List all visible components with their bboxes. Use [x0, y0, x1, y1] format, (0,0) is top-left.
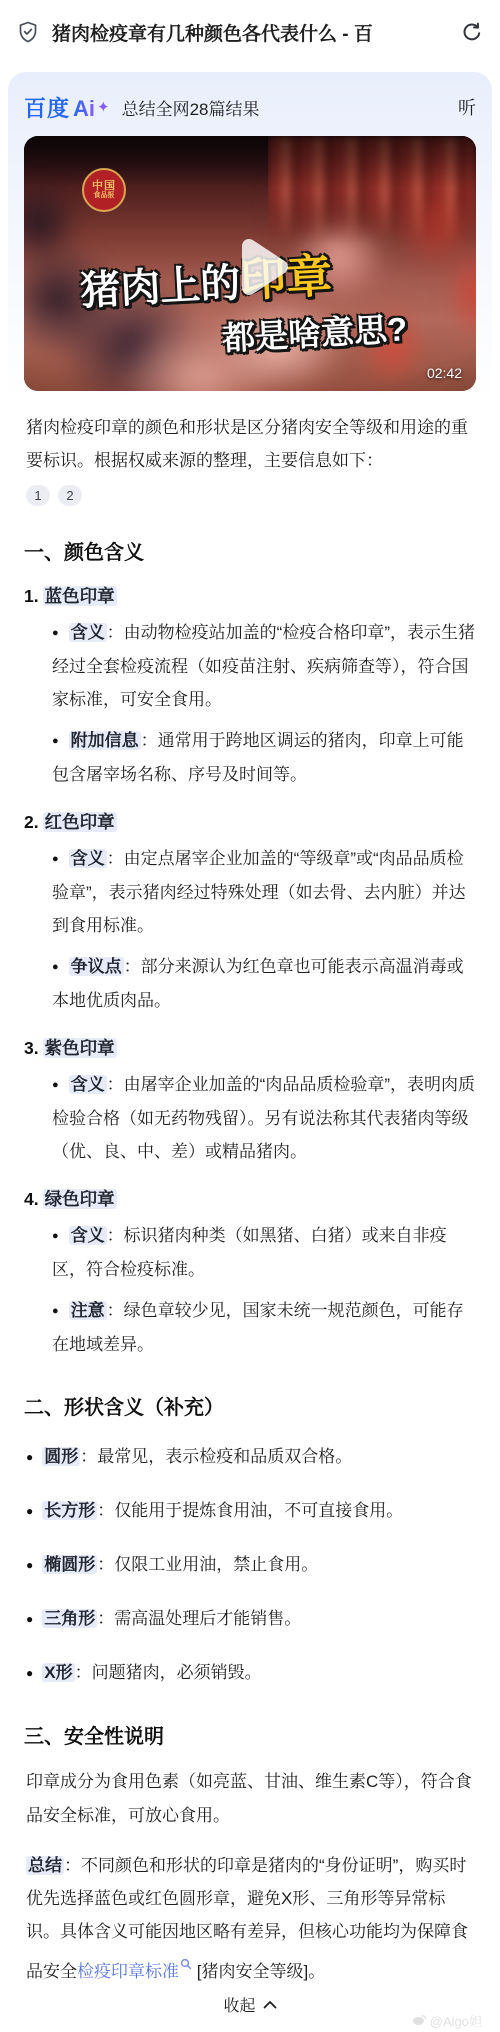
browser-header: 猪肉检疫章有几种颜色各代表什么 - 百 [0, 0, 500, 64]
section-heading-colors: 一、颜色含义 [24, 536, 476, 565]
summary-count-label: 总结全网28篇结果 [122, 95, 260, 120]
bullet-dot-icon: ● [52, 627, 59, 639]
search-icon [180, 1948, 192, 1981]
baidu-ai-logo: 百度Ai✦ [24, 92, 110, 123]
color-item-title-purple: 3.紫色印章 [24, 1035, 476, 1060]
bullet-shape-circle: ●圆形：最常见，表示检疫和品质双合格。 [24, 1440, 476, 1474]
summary-paragraph: 总结：不同颜色和形状的印章是猪肉的“身份证明”，购买时优先选择蓝色或红色圆形章，… [26, 1849, 474, 1988]
bullet-dot-icon: ● [26, 1450, 33, 1464]
bullet-dot-icon: ● [26, 1558, 33, 1572]
baidu-logo-text: 百度 [24, 96, 70, 121]
listen-button[interactable]: 听 [458, 94, 476, 120]
section-heading-shapes: 二、形状含义（补充） [24, 1391, 476, 1420]
sparkle-icon: ✦ [97, 98, 110, 116]
bullet-green-note: ●注意：绿色章较少见，国家未统一规范颜色，可能存在地域差异。 [24, 1294, 476, 1361]
bullet-shape-triangle: ●三角形：需高温处理后才能销售。 [24, 1602, 476, 1636]
stamp-standard-link[interactable]: 检疫印章标准 [77, 1962, 179, 1981]
bullet-dot-icon: ● [26, 1612, 33, 1626]
bullet-dot-icon: ● [26, 1504, 33, 1518]
bullet-blue-extra: ●附加信息：通常用于跨地区调运的猪肉，印章上可能包含屠宰场名称、序号及时间等。 [24, 724, 476, 791]
bullet-dot-icon: ● [52, 1230, 59, 1242]
bullet-red-dispute: ●争议点：部分来源认为红色章也可能表示高温消毒或本地优质肉品。 [24, 950, 476, 1017]
video-thumbnail[interactable]: 中国 食品报 猪肉上的印章 都是啥意思? 02:42 [24, 136, 476, 391]
bullet-dot-icon: ● [52, 853, 59, 865]
citation-badges: 1 2 [26, 485, 474, 506]
bullet-dot-icon: ● [52, 961, 59, 973]
bullet-shape-ellipse: ●椭圆形：仅限工业用油，禁止食用。 [24, 1548, 476, 1582]
bullet-shape-x: ●X形：问题猪肉，必须销毁。 [24, 1656, 476, 1690]
chevron-up-icon [263, 1996, 277, 2014]
bullet-dot-icon: ● [52, 735, 59, 747]
citation-1[interactable]: 1 [26, 485, 50, 506]
color-item-title-red: 2.红色印章 [24, 809, 476, 834]
summary-keyword: 总结 [26, 1856, 64, 1875]
bullet-dot-icon: ● [52, 1079, 59, 1091]
refresh-icon[interactable] [460, 20, 484, 44]
play-icon[interactable] [232, 232, 294, 307]
bullet-dot-icon: ● [52, 1305, 59, 1317]
ai-logo-text: Ai [73, 96, 95, 121]
bullet-blue-meaning: ●含义：由动物检疫站加盖的“检疫合格印章”，表示生猪经过全套检疫流程（如疫苗注射… [24, 616, 476, 716]
bullet-green-meaning: ●含义：标识猪肉种类（如黑猪、白猪）或来自非疫区，符合检疫标准。 [24, 1219, 476, 1286]
weibo-watermark: @Algo妲 [412, 2011, 482, 2030]
channel-badge: 中国 食品报 [82, 168, 126, 212]
bullet-dot-icon: ● [26, 1666, 33, 1680]
bullet-shape-rectangle: ●长方形：仅能用于提炼食用油，不可直接食用。 [24, 1494, 476, 1528]
citation-2[interactable]: 2 [58, 485, 82, 506]
page-title: 猪肉检疫章有几种颜色各代表什么 - 百 [52, 19, 448, 46]
bullet-purple-meaning: ●含义：由屠宰企业加盖的“肉品品质检验章”，表明肉质检验合格（如无药物残留）。另… [24, 1068, 476, 1168]
section-heading-safety: 三、安全性说明 [24, 1720, 476, 1749]
video-title-line1: 猪肉上的印章 [78, 239, 333, 318]
weibo-icon [412, 2013, 427, 2029]
ai-summary-card: 百度Ai✦ 总结全网28篇结果 听 中国 食品报 猪肉上的印章 都是啥意思? 0… [8, 72, 492, 2032]
intro-paragraph: 猪肉检疫印章的颜色和形状是区分猪肉安全等级和用途的重要标识。根据权威来源的整理，… [26, 411, 474, 477]
video-title-line2: 都是啥意思? [221, 303, 408, 360]
shield-check-icon [16, 20, 40, 44]
color-item-title-green: 4.绿色印章 [24, 1186, 476, 1211]
video-duration: 02:42 [427, 365, 462, 381]
bullet-red-meaning: ●含义：由定点屠宰企业加盖的“等级章”或“肉品品质检验章”，表示猪肉经过特殊处理… [24, 842, 476, 942]
safety-paragraph: 印章成分为食用色素（如亮蓝、甘油、维生素C等），符合食品安全标准，可放心食用。 [26, 1765, 474, 1833]
ai-card-header: 百度Ai✦ 总结全网28篇结果 听 [24, 92, 476, 122]
color-item-title-blue: 1.蓝色印章 [24, 583, 476, 608]
